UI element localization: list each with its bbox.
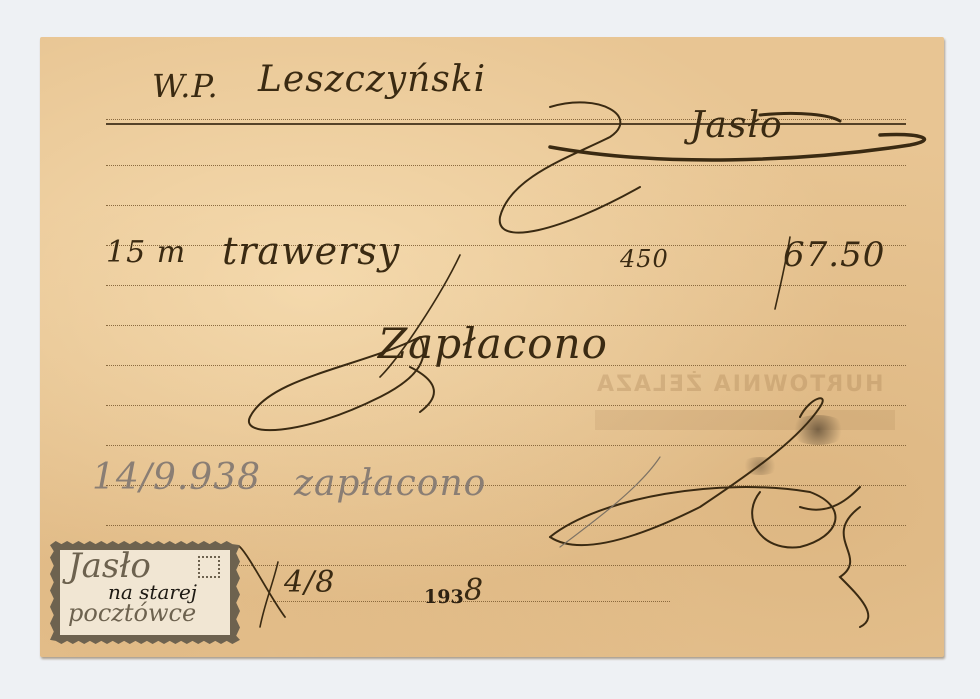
handwritten-year-suffix: 8 [464, 573, 484, 608]
printed-year-prefix: 193 [424, 586, 464, 608]
dotted-rule [106, 205, 906, 206]
dotted-rule [106, 525, 906, 526]
watermark-logo: Jasło na starej pocztówce [50, 541, 240, 644]
order-item: trawersy [222, 229, 400, 273]
watermark-logo-panel: Jasło na starej pocztówce [60, 550, 230, 635]
order-unit-price: 450 [620, 245, 669, 273]
order-total: 67.50 [783, 235, 885, 275]
show-through-stamp-line2 [595, 410, 895, 430]
footer-day-month: 4/8 [284, 565, 335, 600]
dotted-rule [106, 285, 906, 286]
ink-blot [740, 457, 780, 475]
watermark-line3: pocztówce [68, 599, 196, 627]
stamp-icon [198, 556, 220, 578]
address-rule [106, 119, 906, 120]
dotted-rule [106, 165, 906, 166]
show-through-stamp: HURTOWNIA ŻELAZA [595, 372, 884, 397]
pencil-note-word: zapłacono [294, 463, 486, 504]
salutation: W.P. [152, 67, 219, 105]
recipient-city: Jasło [690, 105, 783, 146]
order-quantity: 15 m [106, 235, 186, 270]
recipient-name: Leszczyński [258, 59, 486, 100]
pencil-note-date: 14/9.938 [92, 457, 261, 498]
ink-blot [788, 415, 848, 445]
paid-status: Zapłacono [378, 319, 608, 368]
dotted-rule [106, 445, 906, 446]
dotted-rule [106, 405, 906, 406]
